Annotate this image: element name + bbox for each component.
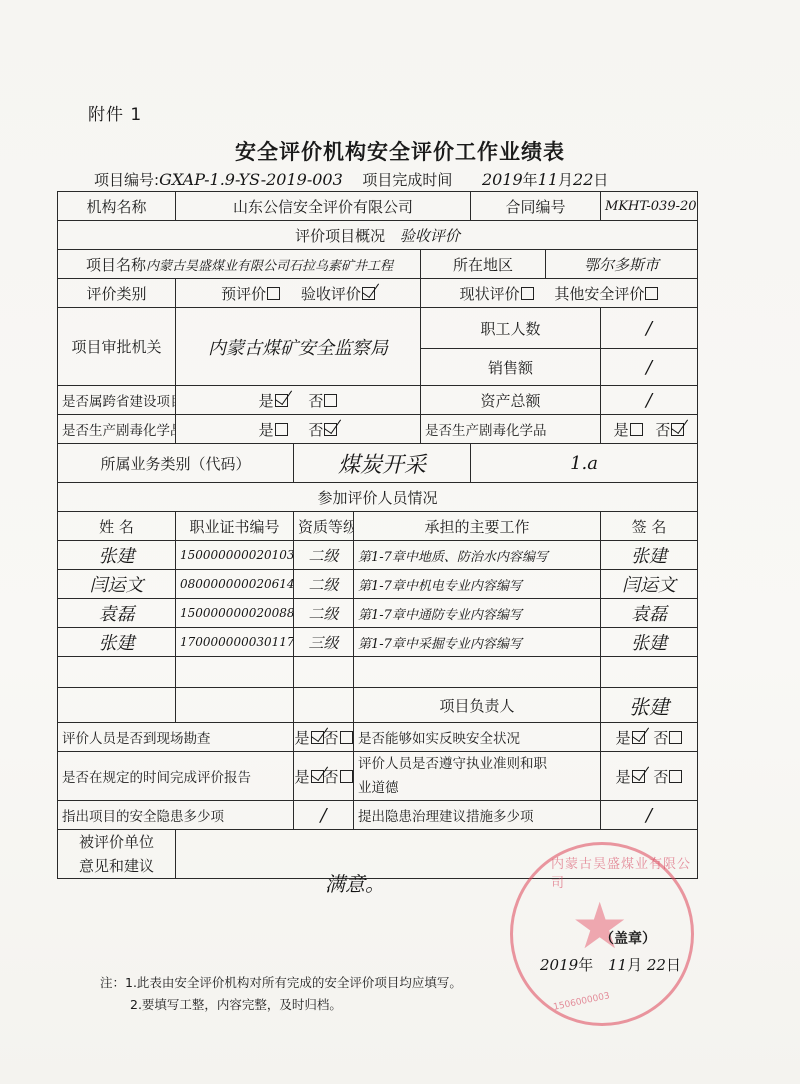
person-signature: 袁磊	[601, 599, 698, 628]
sales-label: 销售额	[421, 349, 601, 386]
site-visit-yes[interactable]: 是	[294, 729, 323, 747]
col-cert: 职业证书编号	[176, 512, 294, 541]
table-row: 闫运文 0800000000206141 二级 第1-7章中机电专业内容编写 闫…	[58, 570, 698, 599]
cross-province-row: 是否属跨省建设项目 是 否 资产总额 /	[58, 386, 698, 415]
completion-month: 11	[538, 170, 558, 189]
checkbox-checked-icon[interactable]	[275, 394, 288, 407]
person-name: 张建	[58, 541, 176, 570]
leader-signature: 张建	[601, 688, 698, 723]
leader-row: 项目负责人 张建	[58, 688, 698, 723]
hazards-value: /	[294, 801, 354, 830]
table-row: 张建 1500000000201034 二级 第1-7章中地质、防治水内容编写 …	[58, 541, 698, 570]
eval-type-label: 评价类别	[58, 279, 176, 308]
on-time-label: 是否在规定的时间完成评价报告	[58, 752, 294, 801]
person-level: 二级	[294, 570, 354, 599]
toxic-yes[interactable]: 是	[259, 421, 288, 439]
checkbox-icon[interactable]	[669, 770, 682, 783]
eval-type-row: 评价类别 预评价 验收评价 现状评价 其他安全评价	[58, 279, 698, 308]
col-work: 承担的主要工作	[354, 512, 601, 541]
site-visit-row: 评价人员是否到现场勘查 是否 是否能够如实反映安全状况 是 否	[58, 723, 698, 752]
day-char: 日	[593, 171, 608, 189]
checkbox-checked-icon[interactable]	[324, 423, 337, 436]
project-name-label: 项目名称	[86, 256, 146, 274]
option-status-eval[interactable]: 现状评价	[460, 285, 534, 303]
checkbox-icon[interactable]	[340, 770, 353, 783]
business-label: 所属业务类别（代码）	[58, 444, 294, 483]
person-name: 张建	[58, 628, 176, 657]
month-char: 月	[627, 956, 642, 974]
ethics-label: 评价人员是否遵守执业准则和职业道德	[354, 752, 601, 801]
person-work: 第1-7章中通防专业内容编写	[354, 599, 601, 628]
region-value: 鄂尔多斯市	[546, 250, 698, 279]
note-1: 注：1.此表由安全评价机构对所有完成的安全评价项目均应填写。	[100, 972, 462, 994]
approval-label: 项目审批机关	[58, 308, 176, 386]
opinion-value: 满意。	[325, 868, 385, 897]
seal-label: （盖章）	[600, 928, 656, 948]
person-level: 三级	[294, 628, 354, 657]
personnel-header-row: 姓 名 职业证书编号 资质等级 承担的主要工作 签 名	[58, 512, 698, 541]
approval-row: 项目审批机关 内蒙古煤矿安全监察局 职工人数 /	[58, 308, 698, 349]
region-label: 所在地区	[421, 250, 546, 279]
leader-label: 项目负责人	[354, 688, 601, 723]
checkbox-checked-icon[interactable]	[632, 731, 645, 744]
site-visit-label: 评价人员是否到现场勘查	[58, 723, 294, 752]
opinion-cell	[176, 830, 698, 879]
reflect-yes[interactable]: 是	[616, 729, 645, 747]
measures-value: /	[601, 801, 698, 830]
cross-province-no[interactable]: 否	[308, 392, 337, 410]
assets-value: /	[601, 386, 698, 415]
on-time-yes[interactable]: 是	[294, 768, 323, 786]
approval-value: 内蒙古煤矿安全监察局	[176, 308, 421, 386]
toxic-label: 是否生产剧毒化学品	[58, 415, 176, 444]
option-acceptance-eval[interactable]: 验收评价	[301, 285, 375, 303]
checkbox-checked-icon[interactable]	[671, 423, 684, 436]
toxic2-no[interactable]: 否	[655, 421, 684, 439]
checkbox-icon[interactable]	[340, 731, 353, 744]
project-row: 项目名称内蒙古昊盛煤业有限公司石拉乌素矿井工程 所在地区 鄂尔多斯市	[58, 250, 698, 279]
person-level: 二级	[294, 541, 354, 570]
opinion-label: 被评价单位意见和建议	[58, 830, 176, 879]
assets-label: 资产总额	[421, 386, 601, 415]
person-work: 第1-7章中采掘专业内容编写	[354, 628, 601, 657]
table-row-empty	[58, 657, 698, 688]
seal-date: 2019年 11月 22日	[540, 954, 681, 975]
business-value: 煤炭开采	[294, 444, 471, 483]
personnel-section-row: 参加评价人员情况	[58, 483, 698, 512]
overview-row: 评价项目概况 验收评价	[58, 221, 698, 250]
person-signature: 张建	[601, 628, 698, 657]
day-char: 日	[666, 956, 681, 974]
person-cert: 1500000000200883	[176, 599, 294, 628]
checkbox-icon[interactable]	[630, 423, 643, 436]
ethics-yes[interactable]: 是	[616, 768, 645, 786]
project-no-value: GXAP-1.9-YS-2019-003	[159, 170, 343, 189]
business-code: 1.a	[471, 444, 698, 483]
project-no-label: 项目编号:	[94, 171, 159, 189]
col-signature: 签 名	[601, 512, 698, 541]
person-work: 第1-7章中地质、防治水内容编写	[354, 541, 601, 570]
person-level: 二级	[294, 599, 354, 628]
document-page: 附件 1 安全评价机构安全评价工作业绩表 项目编号:GXAP-1.9-YS-20…	[0, 0, 800, 1084]
year-char: 年	[578, 956, 593, 974]
overview-handwritten: 验收评价	[400, 227, 460, 245]
project-name-value: 内蒙古昊盛煤业有限公司石拉乌素矿井工程	[146, 259, 393, 274]
measures-label: 提出隐患治理建议措施多少项	[354, 801, 601, 830]
toxic2-yes[interactable]: 是	[614, 421, 643, 439]
employees-label: 职工人数	[421, 308, 601, 349]
seal-number: 1506000003	[553, 991, 611, 1013]
checkbox-icon[interactable]	[267, 287, 280, 300]
person-signature: 张建	[601, 541, 698, 570]
completion-day: 22	[573, 170, 593, 189]
contract-label: 合同编号	[471, 192, 601, 221]
contract-value: MKHT-039-2017	[601, 192, 698, 221]
checkbox-icon[interactable]	[645, 287, 658, 300]
seal-year: 2019	[540, 956, 578, 974]
performance-form: 机构名称 山东公信安全评价有限公司 合同编号 MKHT-039-2017 评价项…	[57, 191, 698, 879]
toxic-label-2: 是否生产剧毒化学品	[421, 415, 601, 444]
person-name: 闫运文	[58, 570, 176, 599]
cross-province-label: 是否属跨省建设项目	[58, 386, 176, 415]
hazards-row: 指出项目的安全隐患多少项 / 提出隐患治理建议措施多少项 /	[58, 801, 698, 830]
star-icon: ★	[571, 895, 628, 959]
completion-year: 2019	[482, 170, 523, 189]
org-label: 机构名称	[58, 192, 176, 221]
checkbox-checked-icon[interactable]	[311, 731, 324, 744]
person-cert: 1700000000301178	[176, 628, 294, 657]
toxic-no[interactable]: 否	[308, 421, 337, 439]
checkbox-icon[interactable]	[275, 423, 288, 436]
reflect-no[interactable]: 否	[653, 729, 682, 747]
hazards-label: 指出项目的安全隐患多少项	[58, 801, 294, 830]
checkbox-checked-icon[interactable]	[362, 287, 375, 300]
person-signature: 闫运文	[601, 570, 698, 599]
table-row: 张建 1700000000301178 三级 第1-7章中采掘专业内容编写 张建	[58, 628, 698, 657]
completion-label: 项目完成时间	[362, 171, 452, 189]
option-pre-eval[interactable]: 预评价	[221, 285, 280, 303]
checkbox-checked-icon[interactable]	[311, 770, 324, 783]
person-work: 第1-7章中机电专业内容编写	[354, 570, 601, 599]
year-char: 年	[523, 171, 538, 189]
checkbox-icon[interactable]	[669, 731, 682, 744]
org-value: 山东公信安全评价有限公司	[176, 192, 471, 221]
employees-value: /	[601, 308, 698, 349]
person-cert: 1500000000201034	[176, 541, 294, 570]
col-name: 姓 名	[58, 512, 176, 541]
personnel-section-label: 参加评价人员情况	[58, 483, 698, 512]
ethics-no[interactable]: 否	[653, 768, 682, 786]
person-name: 袁磊	[58, 599, 176, 628]
seal-month: 11	[608, 956, 627, 974]
month-char: 月	[558, 171, 573, 189]
on-time-row: 是否在规定的时间完成评价报告 是否 评价人员是否遵守执业准则和职业道德 是 否	[58, 752, 698, 801]
business-row: 所属业务类别（代码） 煤炭开采 1.a	[58, 444, 698, 483]
attachment-label: 附件 1	[88, 100, 142, 125]
checkbox-icon[interactable]	[521, 287, 534, 300]
site-visit-no[interactable]: 否	[324, 729, 353, 747]
seal-day: 22	[647, 956, 666, 974]
toxic-row: 是否生产剧毒化学品 是 否 是否生产剧毒化学品 是 否	[58, 415, 698, 444]
person-cert: 0800000000206141	[176, 570, 294, 599]
org-row: 机构名称 山东公信安全评价有限公司 合同编号 MKHT-039-2017	[58, 192, 698, 221]
header-meta: 项目编号:GXAP-1.9-YS-2019-003 项目完成时间 2019年11…	[94, 169, 608, 190]
on-time-no[interactable]: 否	[324, 768, 353, 786]
reflect-label: 是否能够如实反映安全状况	[354, 723, 601, 752]
note-2: 2.要填写工整，内容完整，及时归档。	[100, 994, 462, 1016]
overview-label: 评价项目概况	[295, 227, 385, 245]
checkbox-icon[interactable]	[324, 394, 337, 407]
checkbox-checked-icon[interactable]	[632, 770, 645, 783]
sales-value: /	[601, 349, 698, 386]
cross-province-yes[interactable]: 是	[259, 392, 288, 410]
document-title: 安全评价机构安全评价工作业绩表	[0, 136, 800, 166]
notes: 注：1.此表由安全评价机构对所有完成的安全评价项目均应填写。 2.要填写工整，内…	[100, 972, 462, 1016]
option-other-eval[interactable]: 其他安全评价	[554, 285, 658, 303]
table-row: 袁磊 1500000000200883 二级 第1-7章中通防专业内容编写 袁磊	[58, 599, 698, 628]
col-level: 资质等级	[294, 512, 354, 541]
